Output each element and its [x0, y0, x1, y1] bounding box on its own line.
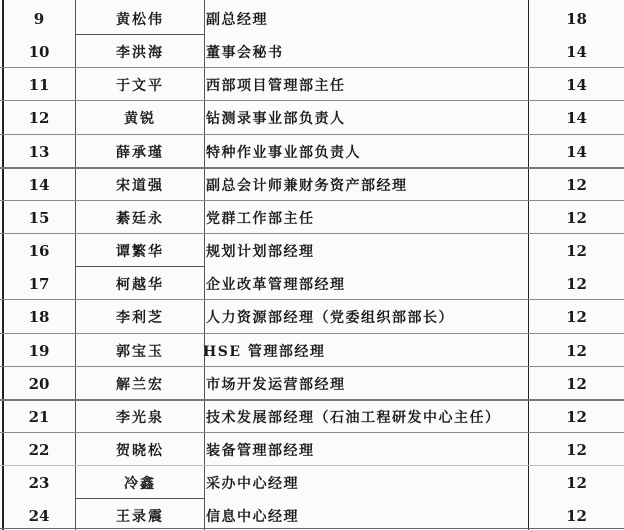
position-title: 采办中心经理	[206, 466, 526, 499]
table-row: 14 宋道强 副总会计师兼财务资产部经理 12	[0, 168, 624, 201]
position-title: 装备管理部经理	[206, 433, 526, 466]
row-index: 24	[3, 499, 75, 530]
row-index: 23	[3, 466, 75, 499]
value: 12	[529, 267, 624, 300]
person-name: 冷鑫	[76, 466, 204, 499]
person-name: 李利芝	[76, 300, 204, 333]
row-index: 19	[3, 334, 75, 367]
person-name: 李洪海	[76, 35, 204, 68]
position-title: 技术发展部经理（石油工程研发中心主任）	[206, 400, 526, 433]
row-index: 14	[3, 168, 75, 201]
person-name: 黄锐	[76, 101, 204, 134]
person-name: 郭宝玉	[76, 334, 204, 367]
position-title: HSE 管理部经理	[203, 334, 523, 367]
person-name: 贺晓松	[76, 433, 204, 466]
position-title: 信息中心经理	[206, 499, 526, 530]
position-title: 企业改革管理部经理	[206, 267, 526, 300]
value: 12	[529, 400, 624, 433]
table-row: 15 綦廷永 党群工作部主任 12	[0, 201, 624, 234]
value: 18	[529, 2, 624, 35]
position-title: 副总经理	[206, 2, 526, 35]
row-index: 17	[3, 267, 75, 300]
value: 12	[529, 334, 624, 367]
position-title: 市场开发运营部经理	[206, 367, 526, 400]
table-row: 13 薛承瑾 特种作业事业部负责人 14	[0, 135, 624, 168]
value: 12	[529, 433, 624, 466]
row-index: 10	[3, 35, 75, 68]
person-name: 綦廷永	[76, 201, 204, 234]
table-row: 9 黄松伟 副总经理 18	[0, 2, 624, 35]
value: 12	[529, 300, 624, 333]
table-row: 21 李光泉 技术发展部经理（石油工程研发中心主任） 12	[0, 400, 624, 433]
position-title: 党群工作部主任	[206, 201, 526, 234]
person-name: 谭繁华	[76, 234, 204, 267]
table-row: 23 冷鑫 采办中心经理 12	[0, 466, 624, 499]
value: 12	[529, 466, 624, 499]
table-row: 20 解兰宏 市场开发运营部经理 12	[0, 367, 624, 400]
row-index: 18	[3, 300, 75, 333]
row-index: 11	[3, 68, 75, 101]
value: 12	[529, 367, 624, 400]
person-name: 王录震	[76, 499, 204, 530]
table-row: 11 于文平 西部项目管理部主任 14	[0, 68, 624, 101]
person-name: 于文平	[76, 68, 204, 101]
table-row: 12 黄锐 钻测录事业部负责人 14	[0, 101, 624, 134]
value: 12	[529, 201, 624, 234]
value: 12	[529, 234, 624, 267]
position-title: 钻测录事业部负责人	[206, 101, 526, 134]
row-index: 16	[3, 234, 75, 267]
person-name: 宋道强	[76, 168, 204, 201]
value: 14	[529, 35, 624, 68]
value: 14	[529, 101, 624, 134]
position-title: 规划计划部经理	[206, 234, 526, 267]
table-row: 17 柯越华 企业改革管理部经理 12	[0, 267, 624, 300]
position-title: 副总会计师兼财务资产部经理	[206, 168, 526, 201]
person-name: 黄松伟	[76, 2, 204, 35]
value: 14	[529, 135, 624, 168]
person-name: 解兰宏	[76, 367, 204, 400]
position-title: 特种作业事业部负责人	[206, 135, 526, 168]
table-row: 18 李利芝 人力资源部经理（党委组织部部长） 12	[0, 300, 624, 333]
position-title: 董事会秘书	[206, 35, 526, 68]
table-row: 22 贺晓松 装备管理部经理 12	[0, 433, 624, 466]
person-name: 柯越华	[76, 267, 204, 300]
row-index: 15	[3, 201, 75, 234]
row-index: 9	[3, 2, 75, 35]
row-index: 12	[3, 101, 75, 134]
person-name: 李光泉	[76, 400, 204, 433]
value: 12	[529, 168, 624, 201]
row-index: 13	[3, 135, 75, 168]
row-index: 22	[3, 433, 75, 466]
table-row: 24 王录震 信息中心经理 12	[0, 499, 624, 530]
row-index: 20	[3, 367, 75, 400]
row-index: 21	[3, 400, 75, 433]
value: 14	[529, 68, 624, 101]
table-row: 16 谭繁华 规划计划部经理 12	[0, 234, 624, 267]
person-name: 薛承瑾	[76, 135, 204, 168]
position-title: 西部项目管理部主任	[206, 68, 526, 101]
personnel-table: 9 黄松伟 副总经理 18 10 李洪海 董事会秘书 14 11 于文平 西部项…	[0, 0, 624, 530]
table-row: 10 李洪海 董事会秘书 14	[0, 35, 624, 68]
position-title: 人力资源部经理（党委组织部部长）	[206, 300, 526, 333]
table-row: 19 郭宝玉 HSE 管理部经理 12	[0, 334, 624, 367]
value: 12	[529, 499, 624, 530]
